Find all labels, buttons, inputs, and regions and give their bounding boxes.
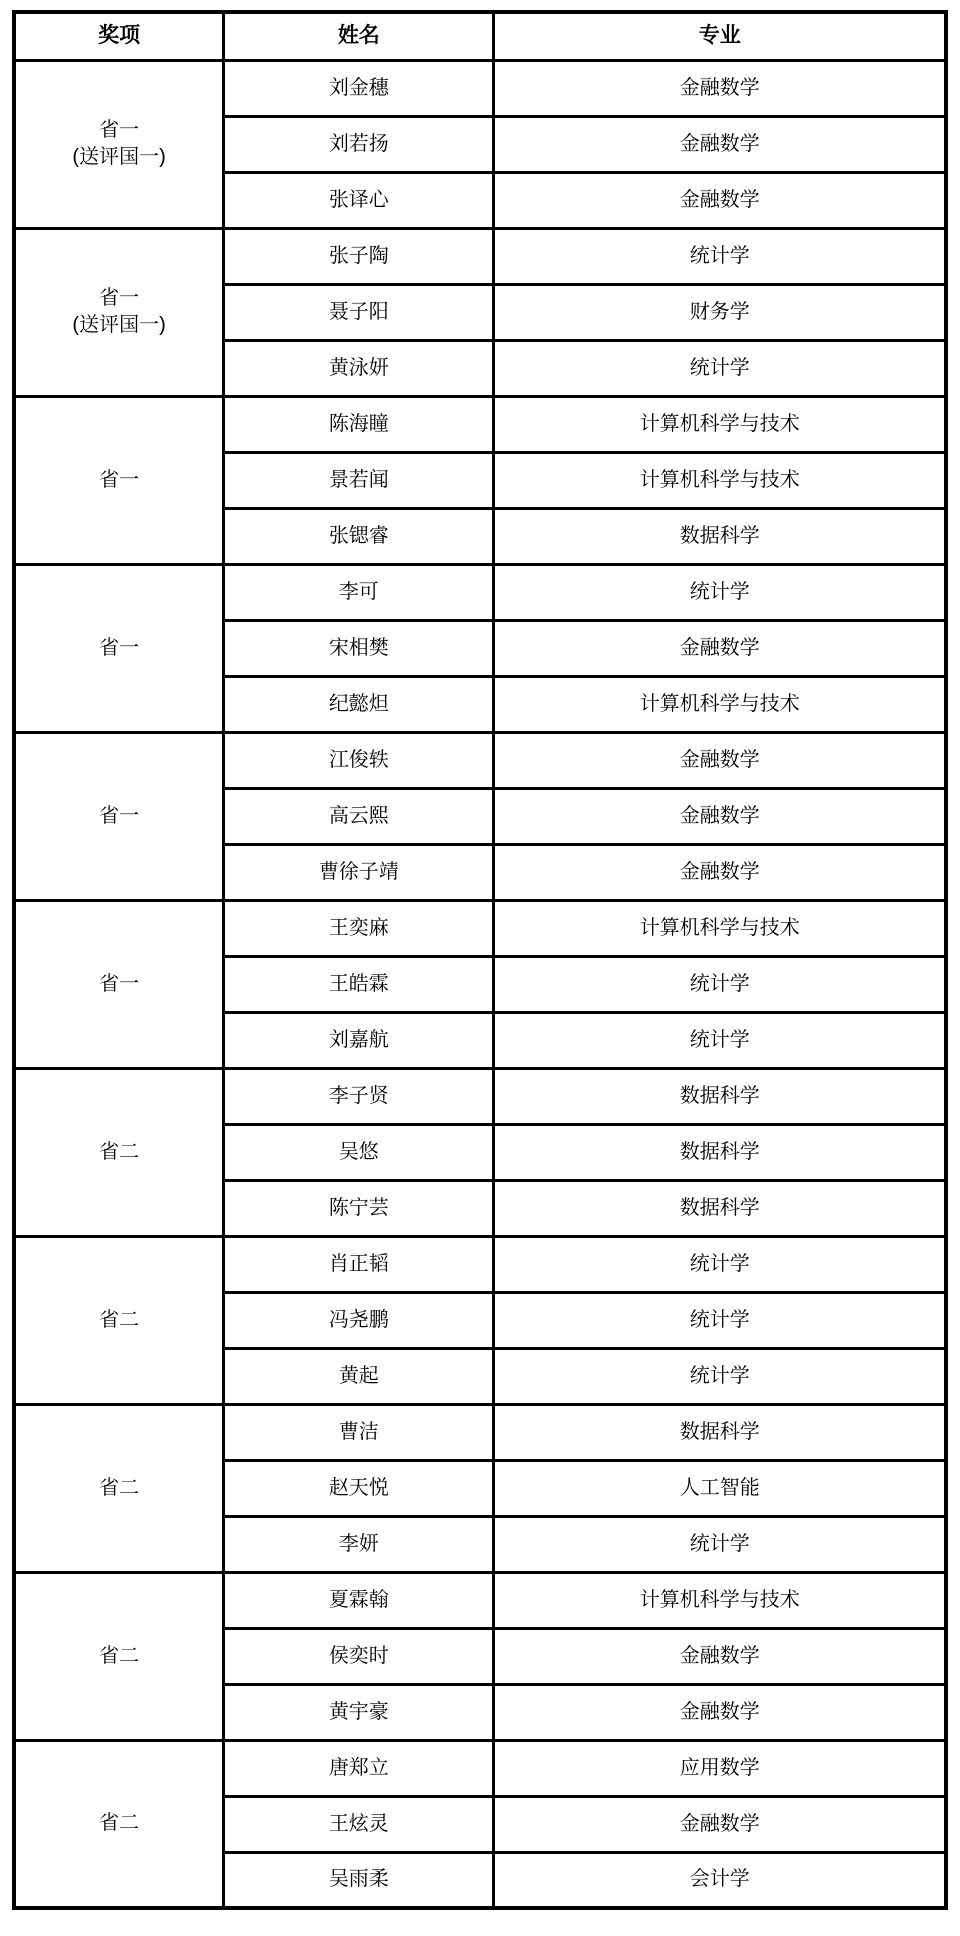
award-label: 省一 bbox=[20, 117, 218, 144]
awards-table: 奖项 姓名 专业 省一(送评国一)刘金穗金融数学刘若扬金融数学张译心金融数学省一… bbox=[12, 10, 948, 1910]
header-major: 专业 bbox=[494, 12, 946, 60]
table-row: 省二曹洁数据科学 bbox=[14, 1404, 946, 1460]
student-name-cell: 李妍 bbox=[224, 1516, 494, 1572]
award-label: 省一 bbox=[20, 803, 218, 830]
student-name-cell: 高云熙 bbox=[224, 788, 494, 844]
student-name-cell: 夏霖翰 bbox=[224, 1572, 494, 1628]
award-cell: 省二 bbox=[14, 1572, 224, 1740]
student-name-cell: 曹洁 bbox=[224, 1404, 494, 1460]
student-major-cell: 计算机科学与技术 bbox=[494, 676, 946, 732]
student-major-cell: 金融数学 bbox=[494, 1628, 946, 1684]
header-row: 奖项 姓名 专业 bbox=[14, 12, 946, 60]
student-major-cell: 统计学 bbox=[494, 956, 946, 1012]
table-row: 省一李可统计学 bbox=[14, 564, 946, 620]
student-major-cell: 统计学 bbox=[494, 1348, 946, 1404]
student-major-cell: 人工智能 bbox=[494, 1460, 946, 1516]
award-label: 省二 bbox=[20, 1307, 218, 1334]
award-cell: 省二 bbox=[14, 1740, 224, 1908]
student-major-cell: 金融数学 bbox=[494, 60, 946, 116]
student-major-cell: 数据科学 bbox=[494, 1180, 946, 1236]
award-note: (送评国一) bbox=[20, 312, 218, 339]
student-name-cell: 吴雨柔 bbox=[224, 1852, 494, 1908]
table-row: 省一江俊轶金融数学 bbox=[14, 732, 946, 788]
student-name-cell: 肖正韬 bbox=[224, 1236, 494, 1292]
student-name-cell: 宋相樊 bbox=[224, 620, 494, 676]
award-cell: 省一 bbox=[14, 564, 224, 732]
student-major-cell: 统计学 bbox=[494, 1236, 946, 1292]
student-major-cell: 计算机科学与技术 bbox=[494, 1572, 946, 1628]
student-name-cell: 聂子阳 bbox=[224, 284, 494, 340]
award-label: 省二 bbox=[20, 1643, 218, 1670]
table-row: 省二肖正韬统计学 bbox=[14, 1236, 946, 1292]
student-major-cell: 统计学 bbox=[494, 1292, 946, 1348]
award-label: 省一 bbox=[20, 971, 218, 998]
award-cell: 省二 bbox=[14, 1068, 224, 1236]
award-cell: 省二 bbox=[14, 1404, 224, 1572]
table-row: 省一(送评国一)张子陶统计学 bbox=[14, 228, 946, 284]
student-major-cell: 计算机科学与技术 bbox=[494, 900, 946, 956]
student-name-cell: 刘若扬 bbox=[224, 116, 494, 172]
student-major-cell: 计算机科学与技术 bbox=[494, 396, 946, 452]
student-name-cell: 王皓霖 bbox=[224, 956, 494, 1012]
award-cell: 省一 bbox=[14, 732, 224, 900]
page: 奖项 姓名 专业 省一(送评国一)刘金穗金融数学刘若扬金融数学张译心金融数学省一… bbox=[0, 0, 960, 1936]
student-name-cell: 唐郑立 bbox=[224, 1740, 494, 1796]
student-name-cell: 陈海瞳 bbox=[224, 396, 494, 452]
student-major-cell: 计算机科学与技术 bbox=[494, 452, 946, 508]
student-major-cell: 金融数学 bbox=[494, 620, 946, 676]
student-name-cell: 黄宇豪 bbox=[224, 1684, 494, 1740]
student-name-cell: 曹徐子靖 bbox=[224, 844, 494, 900]
header-award: 奖项 bbox=[14, 12, 224, 60]
student-major-cell: 数据科学 bbox=[494, 1124, 946, 1180]
student-name-cell: 侯奕时 bbox=[224, 1628, 494, 1684]
student-major-cell: 数据科学 bbox=[494, 1068, 946, 1124]
student-name-cell: 张子陶 bbox=[224, 228, 494, 284]
student-major-cell: 统计学 bbox=[494, 340, 946, 396]
student-name-cell: 张锶睿 bbox=[224, 508, 494, 564]
table-row: 省二夏霖翰计算机科学与技术 bbox=[14, 1572, 946, 1628]
award-label: 省一 bbox=[20, 635, 218, 662]
student-major-cell: 统计学 bbox=[494, 1012, 946, 1068]
table-row: 省二李子贤数据科学 bbox=[14, 1068, 946, 1124]
student-major-cell: 金融数学 bbox=[494, 172, 946, 228]
table-row: 省一王奕麻计算机科学与技术 bbox=[14, 900, 946, 956]
student-name-cell: 黄起 bbox=[224, 1348, 494, 1404]
student-name-cell: 李可 bbox=[224, 564, 494, 620]
awards-table-header: 奖项 姓名 专业 bbox=[14, 12, 946, 60]
student-name-cell: 王奕麻 bbox=[224, 900, 494, 956]
award-cell: 省一(送评国一) bbox=[14, 228, 224, 396]
student-major-cell: 金融数学 bbox=[494, 788, 946, 844]
award-cell: 省一(送评国一) bbox=[14, 60, 224, 228]
award-label: 省一 bbox=[20, 285, 218, 312]
student-name-cell: 王炫灵 bbox=[224, 1796, 494, 1852]
student-major-cell: 金融数学 bbox=[494, 1684, 946, 1740]
student-name-cell: 李子贤 bbox=[224, 1068, 494, 1124]
student-major-cell: 金融数学 bbox=[494, 116, 946, 172]
award-label: 省二 bbox=[20, 1475, 218, 1502]
student-name-cell: 纪懿炟 bbox=[224, 676, 494, 732]
award-cell: 省一 bbox=[14, 396, 224, 564]
award-label: 省二 bbox=[20, 1810, 218, 1837]
award-cell: 省二 bbox=[14, 1236, 224, 1404]
student-major-cell: 财务学 bbox=[494, 284, 946, 340]
student-name-cell: 刘嘉航 bbox=[224, 1012, 494, 1068]
student-name-cell: 陈宁芸 bbox=[224, 1180, 494, 1236]
student-major-cell: 金融数学 bbox=[494, 732, 946, 788]
table-row: 省一陈海瞳计算机科学与技术 bbox=[14, 396, 946, 452]
table-row: 省二唐郑立应用数学 bbox=[14, 1740, 946, 1796]
student-major-cell: 金融数学 bbox=[494, 844, 946, 900]
table-row: 省一(送评国一)刘金穗金融数学 bbox=[14, 60, 946, 116]
student-major-cell: 统计学 bbox=[494, 564, 946, 620]
student-name-cell: 冯尧鹏 bbox=[224, 1292, 494, 1348]
student-major-cell: 统计学 bbox=[494, 228, 946, 284]
student-major-cell: 数据科学 bbox=[494, 1404, 946, 1460]
student-name-cell: 黄泳妍 bbox=[224, 340, 494, 396]
student-name-cell: 刘金穗 bbox=[224, 60, 494, 116]
student-name-cell: 景若闻 bbox=[224, 452, 494, 508]
student-name-cell: 赵天悦 bbox=[224, 1460, 494, 1516]
student-name-cell: 吴悠 bbox=[224, 1124, 494, 1180]
student-major-cell: 数据科学 bbox=[494, 508, 946, 564]
awards-table-body: 省一(送评国一)刘金穗金融数学刘若扬金融数学张译心金融数学省一(送评国一)张子陶… bbox=[14, 60, 946, 1908]
award-label: 省一 bbox=[20, 467, 218, 494]
student-major-cell: 应用数学 bbox=[494, 1740, 946, 1796]
student-major-cell: 统计学 bbox=[494, 1516, 946, 1572]
student-major-cell: 会计学 bbox=[494, 1852, 946, 1908]
award-label: 省二 bbox=[20, 1139, 218, 1166]
award-cell: 省一 bbox=[14, 900, 224, 1068]
student-major-cell: 金融数学 bbox=[494, 1796, 946, 1852]
student-name-cell: 江俊轶 bbox=[224, 732, 494, 788]
header-name: 姓名 bbox=[224, 12, 494, 60]
student-name-cell: 张译心 bbox=[224, 172, 494, 228]
award-note: (送评国一) bbox=[20, 144, 218, 171]
